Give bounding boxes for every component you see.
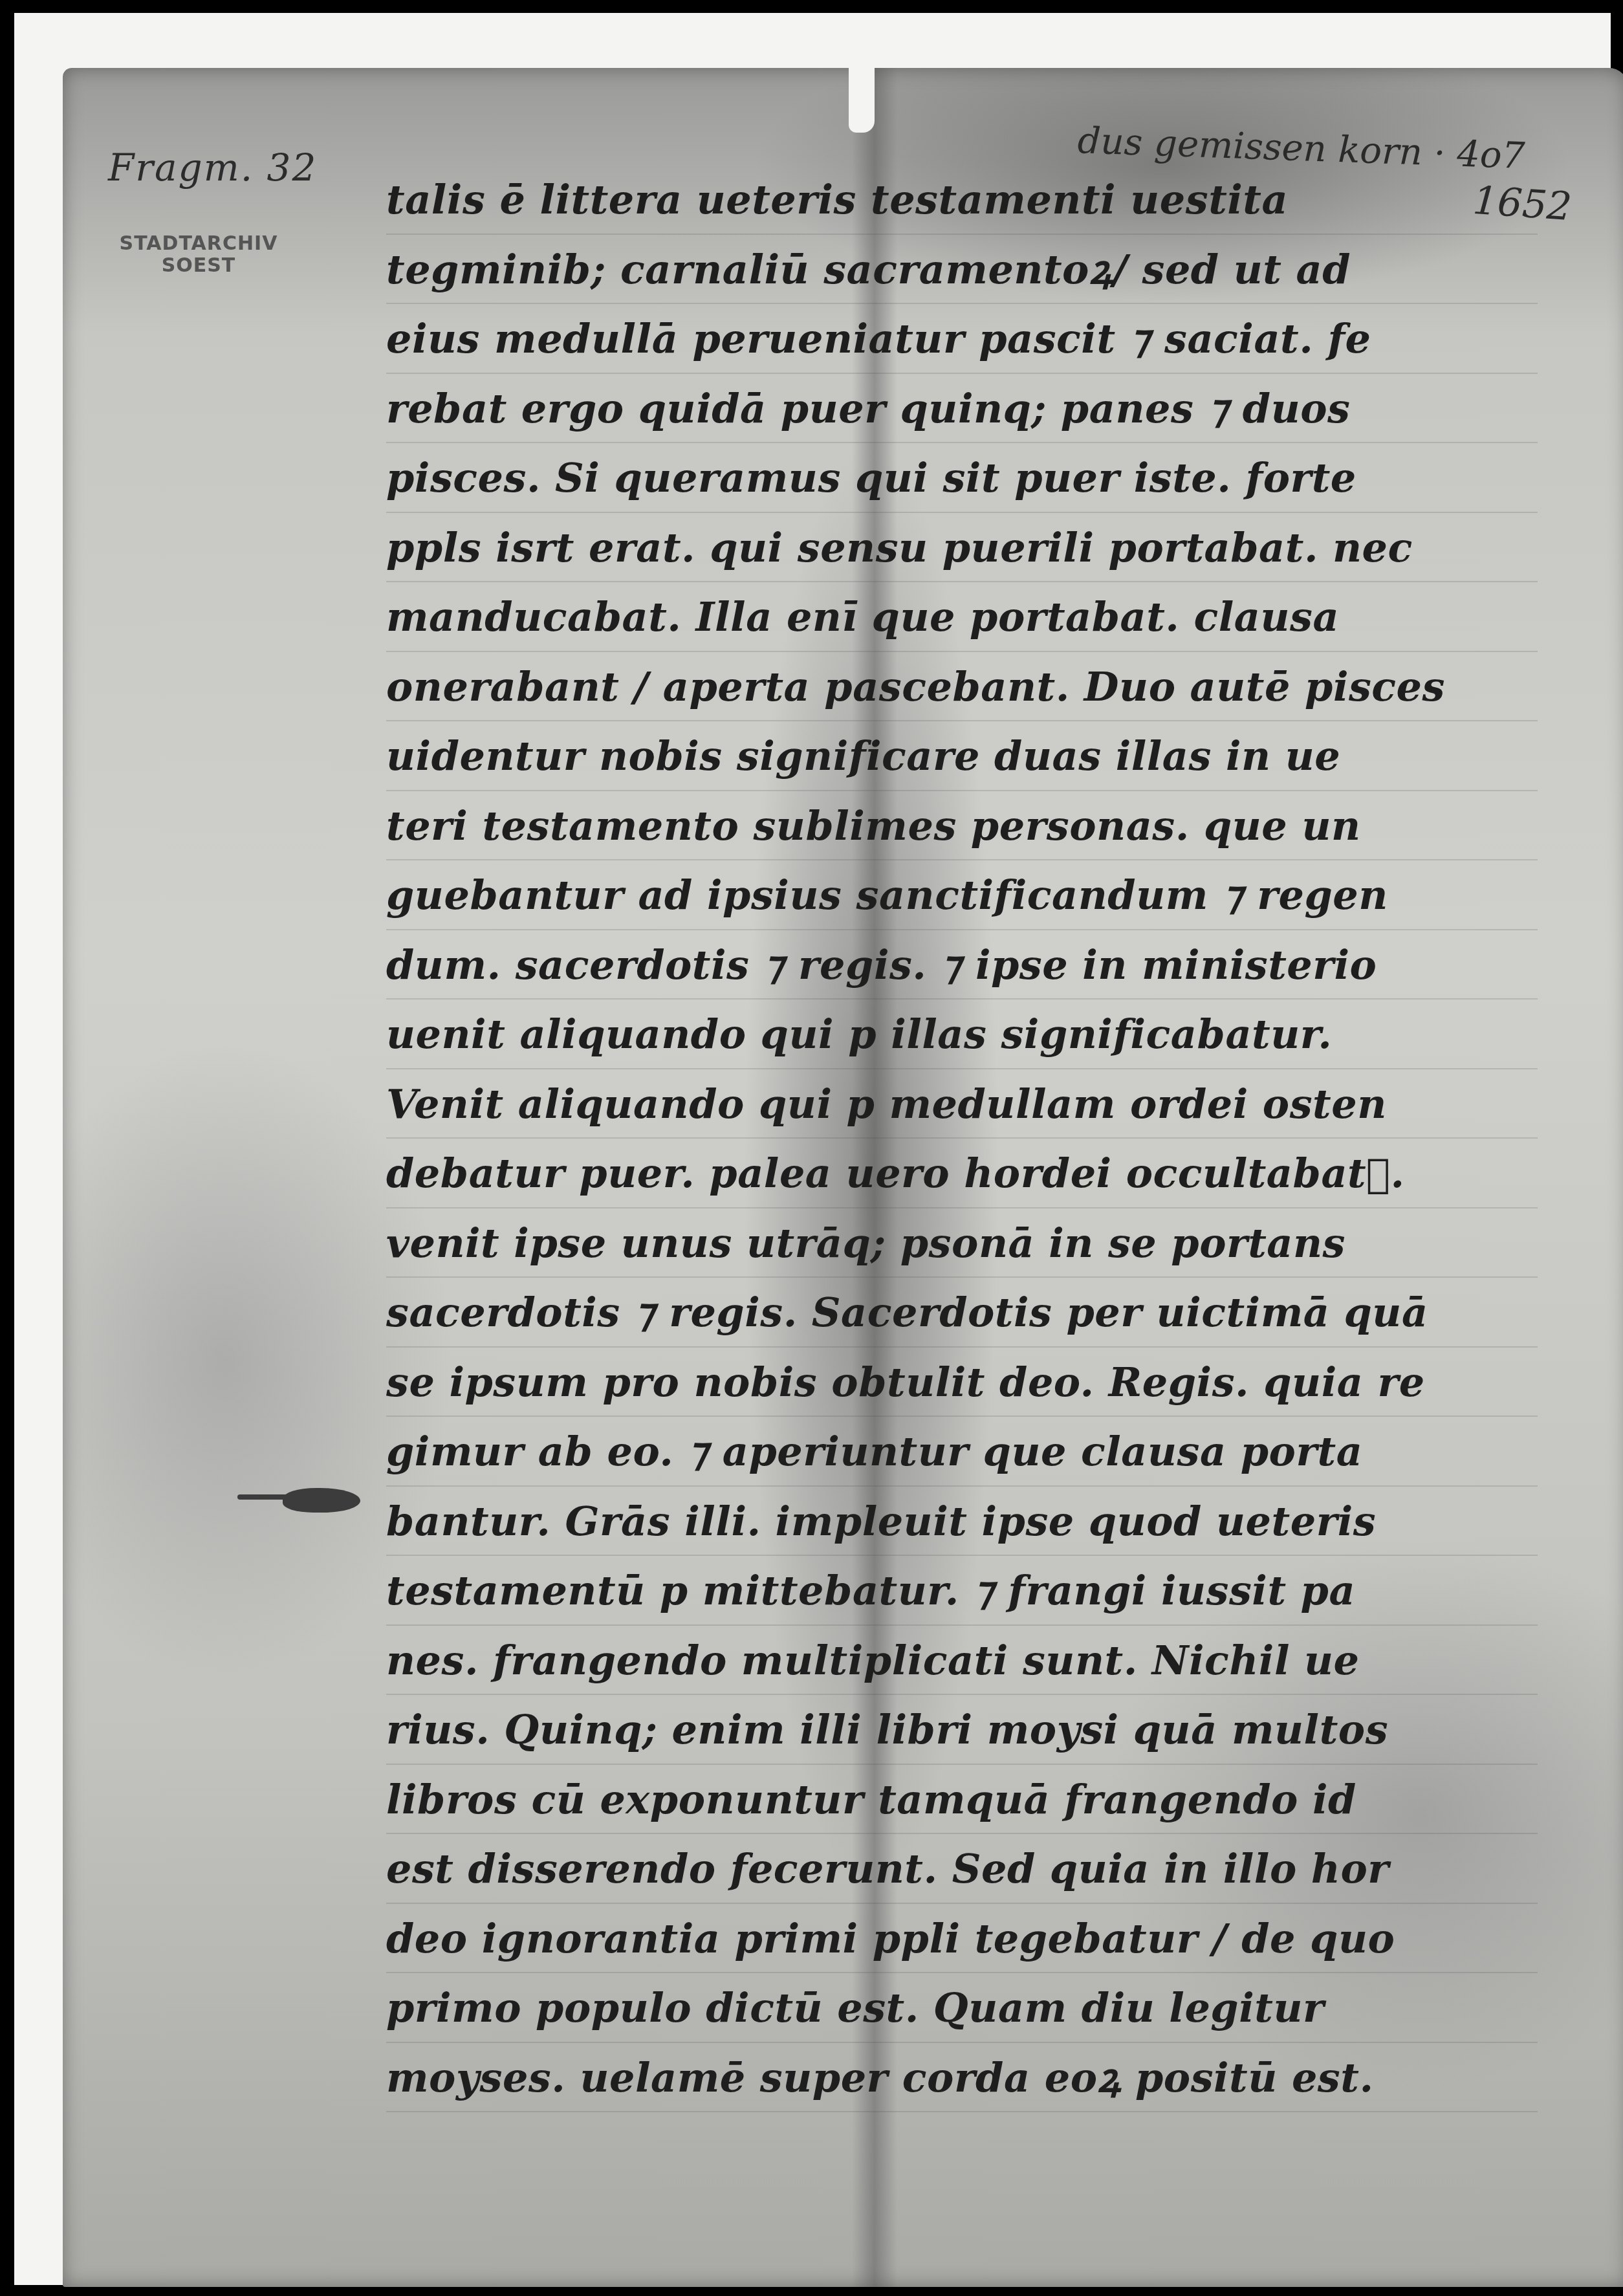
text-line: deo ignorantia primi ppli tegebatur / de… bbox=[386, 1904, 1538, 1974]
text-line: Venit aliquando qui p medullam ordei ost… bbox=[386, 1069, 1538, 1139]
text-line: pisces. Si queramus qui sit puer iste. f… bbox=[386, 443, 1538, 513]
archive-stamp-line2: SOEST bbox=[102, 255, 296, 277]
scan-background: Fragm. 32 STADTARCHIV SOEST dus gemissen… bbox=[14, 13, 1611, 2285]
top-edge-tear bbox=[849, 68, 875, 133]
text-line: dum. sacerdotis ⁊ regis. ⁊ ipse in minis… bbox=[386, 930, 1538, 1000]
text-line: gimur ab eo. ⁊ aperiuntur que clausa por… bbox=[386, 1417, 1538, 1487]
parchment-leaf: Fragm. 32 STADTARCHIV SOEST dus gemissen… bbox=[63, 68, 1623, 2287]
text-line: uidentur nobis significare duas illas in… bbox=[386, 721, 1538, 791]
text-line: guebantur ad ipsius sanctificandum ⁊ reg… bbox=[386, 860, 1538, 930]
manuscript-text-block: talis ē littera ueteris testamenti uesti… bbox=[386, 165, 1538, 2112]
text-line: sacerdotis ⁊ regis. Sacerdotis per uicti… bbox=[386, 1278, 1538, 1348]
text-line: tegminib; carnaliū sacramentoꝝ/ sed ut a… bbox=[386, 235, 1538, 305]
text-line: eius medullā perueniatur pascit ⁊ saciat… bbox=[386, 304, 1538, 374]
text-line: bantur. Grās illi. impleuit ipse quod ue… bbox=[386, 1487, 1538, 1557]
text-line: ppls isrt erat. qui sensu puerili portab… bbox=[386, 513, 1538, 583]
text-line: manducabat. Illa enī que portabat. claus… bbox=[386, 582, 1538, 652]
text-line: venit ipse unus utrāq; psonā in se porta… bbox=[386, 1208, 1538, 1278]
archive-stamp: STADTARCHIV SOEST bbox=[102, 233, 296, 277]
archive-stamp-line1: STADTARCHIV bbox=[102, 233, 296, 255]
fragment-label: Fragm. 32 bbox=[108, 146, 317, 190]
text-line: primo populo dictū est. Quam diu legitur bbox=[386, 1973, 1538, 2043]
text-line: est disserendo fecerunt. Sed quia in ill… bbox=[386, 1834, 1538, 1904]
text-line: debatur puer. palea uero hordei occultab… bbox=[386, 1139, 1538, 1208]
text-line: moyses. uelamē super corda eoꝝ positū es… bbox=[386, 2043, 1538, 2113]
text-line: nes. frangendo multiplicati sunt. Nichil… bbox=[386, 1626, 1538, 1696]
text-line: testamentū p mittebatur. ⁊ frangi iussit… bbox=[386, 1556, 1538, 1626]
text-line: libros cū exponuntur tamquā frangendo id bbox=[386, 1765, 1538, 1835]
ink-blot-stain bbox=[283, 1488, 360, 1513]
text-line: uenit aliquando qui p illas significabat… bbox=[386, 1000, 1538, 1069]
text-line: rius. Quinq; enim illi libri moysi quā m… bbox=[386, 1695, 1538, 1765]
text-line: rebat ergo quidā puer quinq; panes ⁊ duo… bbox=[386, 374, 1538, 444]
text-line: se ipsum pro nobis obtulit deo. Regis. q… bbox=[386, 1348, 1538, 1417]
text-line: talis ē littera ueteris testamenti uesti… bbox=[386, 165, 1538, 235]
text-line: onerabant / aperta pascebant. Duo autē p… bbox=[386, 652, 1538, 722]
text-line: teri testamento sublimes personas. que u… bbox=[386, 791, 1538, 861]
